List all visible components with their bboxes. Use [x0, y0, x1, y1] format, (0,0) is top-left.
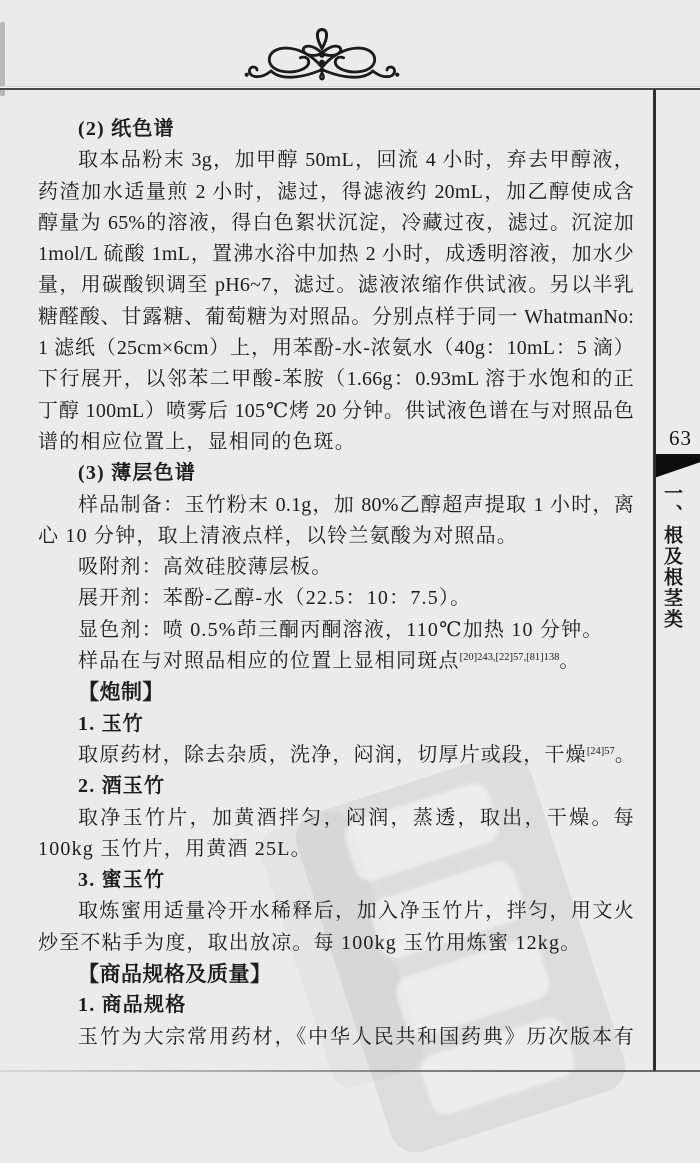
text-run: (2) 纸色谱	[78, 118, 175, 140]
text-line: 显色剂：喷 0.5%茚三酮丙酮溶液，110℃加热 10 分钟。	[38, 615, 634, 646]
scanned-book-page: 63 一、根及根茎类 (2) 纸色谱取本品粉末 3g，加甲醇 50mL，回流 4…	[0, 0, 700, 1163]
text-line: 展开剂：苯酚-乙醇-水（22.5：10：7.5）。	[38, 583, 634, 614]
text-line: 下行展开，以邻苯二甲酸-苯胺（1.66g：0.93mL 溶于水饱和的正	[38, 364, 634, 395]
text-run: 1mol/L 硫酸 1mL，置沸水浴中加热 2 小时，成透明溶液，加水少	[38, 243, 634, 265]
page-number: 63	[661, 426, 700, 451]
text-line: 糖醛酸、甘露糖、葡萄糖为对照品。分别点样于同一 WhatmanNo:	[38, 302, 634, 333]
scan-edge-artifact	[0, 22, 5, 96]
text-line: 取炼蜜用适量冷开水稀释后，加入净玉竹片，拌匀，用文火	[38, 896, 634, 927]
text-run: 吸附剂：高效硅胶薄层板。	[78, 556, 332, 578]
text-run: 3. 蜜玉竹	[78, 869, 165, 891]
text-line: 醇量为 65%的溶液，得白色絮状沉淀，冷藏过夜，滤过。沉淀加	[38, 208, 634, 239]
text-line: 取本品粉末 3g，加甲醇 50mL，回流 4 小时，弃去甲醇液，	[38, 145, 634, 176]
text-run: 1 滤纸（25cm×6cm）上，用苯酚-水-浓氨水（40g：10mL：5 滴）	[38, 337, 634, 359]
text-line: 吸附剂：高效硅胶薄层板。	[38, 552, 634, 583]
chapter-tab-label: 一、根及根茎类	[658, 483, 685, 630]
text-run: 取炼蜜用适量冷开水稀释后，加入净玉竹片，拌匀，用文火	[78, 900, 634, 922]
text-run: 取原药材，除去杂质，洗净，闷润，切厚片或段，干燥	[78, 744, 587, 766]
text-line: 心 10 分钟，取上清液点样，以铃兰氨酸为对照品。	[38, 521, 634, 552]
text-line: 量，用碳酸钡调至 pH6~7，滤过。滤液浓缩作供试液。另以半乳	[38, 270, 634, 301]
text-run: 。	[559, 650, 580, 672]
citation-superscript: [24]57	[587, 746, 615, 757]
text-run: 取净玉竹片，加黄酒拌匀，闷润，蒸透，取出，干燥。每	[78, 807, 634, 829]
text-run: 显色剂：喷 0.5%茚三酮丙酮溶液，110℃加热 10 分钟。	[78, 619, 604, 641]
text-line: 谱的相应位置上，显相同的色斑。	[38, 427, 634, 458]
text-run: 丁醇 100mL）喷雾后 105℃烤 20 分钟。供试液色谱在与对照品色	[38, 400, 634, 422]
text-run: 醇量为 65%的溶液，得白色絮状沉淀，冷藏过夜，滤过。沉淀加	[38, 212, 634, 234]
text-run: 心 10 分钟，取上清液点样，以铃兰氨酸为对照品。	[38, 525, 518, 547]
text-line: 100kg 玉竹片，用黄酒 25L。	[38, 834, 634, 865]
bottom-divider	[0, 1070, 700, 1072]
text-line: 炒至不粘手为度，取出放凉。每 100kg 玉竹用炼蜜 12kg。	[38, 928, 634, 959]
text-line: 3. 蜜玉竹	[38, 865, 634, 896]
text-run: 谱的相应位置上，显相同的色斑。	[38, 431, 356, 453]
text-line: (2) 纸色谱	[38, 114, 634, 145]
text-run: 2. 酒玉竹	[78, 775, 165, 797]
text-line: 玉竹为大宗常用药材，《中华人民共和国药典》历次版本有	[38, 1022, 634, 1053]
text-line: 1. 玉竹	[38, 709, 634, 740]
text-run: 糖醛酸、甘露糖、葡萄糖为对照品。分别点样于同一 WhatmanNo:	[38, 306, 634, 328]
text-run: 样品制备：玉竹粉末 0.1g，加 80%乙醇超声提取 1 小时，离	[78, 494, 634, 516]
text-line: 【商品规格及质量】	[38, 959, 634, 990]
chapter-tab-rule	[654, 454, 700, 457]
text-line: 药渣加水适量煎 2 小时，滤过，得滤液约 20mL，加乙醇使成含	[38, 177, 634, 208]
text-run: 1. 玉竹	[78, 713, 144, 735]
chapter-tab-wedge	[654, 457, 700, 478]
text-line: 【炮制】	[38, 677, 634, 708]
top-divider	[0, 86, 700, 90]
text-run: 【商品规格及质量】	[78, 962, 272, 986]
text-run: 展开剂：苯酚-乙醇-水（22.5：10：7.5）。	[78, 587, 471, 609]
text-run: 1. 商品规格	[78, 994, 186, 1016]
text-run: 下行展开，以邻苯二甲酸-苯胺（1.66g：0.93mL 溶于水饱和的正	[38, 368, 634, 390]
text-run: 玉竹为大宗常用药材，《中华人民共和国药典》历次版本有	[78, 1026, 634, 1048]
citation-superscript: [20]243,[22]57,[81]138	[460, 652, 560, 663]
text-line: 样品制备：玉竹粉末 0.1g，加 80%乙醇超声提取 1 小时，离	[38, 490, 634, 521]
text-line: (3) 薄层色谱	[38, 458, 634, 489]
text-run: (3) 薄层色谱	[78, 462, 196, 484]
text-run: 量，用碳酸钡调至 pH6~7，滤过。滤液浓缩作供试液。另以半乳	[38, 274, 634, 296]
text-line: 1mol/L 硫酸 1mL，置沸水浴中加热 2 小时，成透明溶液，加水少	[38, 239, 634, 270]
text-line: 样品在与对照品相应的位置上显相同斑点[20]243,[22]57,[81]138…	[38, 646, 634, 677]
text-run: 炒至不粘手为度，取出放凉。每 100kg 玉竹用炼蜜 12kg。	[38, 932, 581, 954]
flourish-icon	[242, 22, 402, 86]
text-line: 1. 商品规格	[38, 990, 634, 1021]
text-line: 取原药材，除去杂质，洗净，闷润，切厚片或段，干燥[24]57。	[38, 740, 634, 771]
sidebar-divider	[653, 89, 656, 1071]
text-line: 1 滤纸（25cm×6cm）上，用苯酚-水-浓氨水（40g：10mL：5 滴）	[38, 333, 634, 364]
text-line: 丁醇 100mL）喷雾后 105℃烤 20 分钟。供试液色谱在与对照品色	[38, 396, 634, 427]
text-run: 【炮制】	[78, 680, 164, 704]
text-run: 样品在与对照品相应的位置上显相同斑点	[78, 650, 460, 672]
text-line: 2. 酒玉竹	[38, 771, 634, 802]
text-run: 。	[615, 744, 636, 766]
text-column: (2) 纸色谱取本品粉末 3g，加甲醇 50mL，回流 4 小时，弃去甲醇液，药…	[38, 114, 634, 1053]
text-run: 取本品粉末 3g，加甲醇 50mL，回流 4 小时，弃去甲醇液，	[78, 149, 634, 171]
text-run: 100kg 玉竹片，用黄酒 25L。	[38, 838, 312, 860]
text-line: 取净玉竹片，加黄酒拌匀，闷润，蒸透，取出，干燥。每	[38, 803, 634, 834]
text-run: 药渣加水适量煎 2 小时，滤过，得滤液约 20mL，加乙醇使成含	[38, 181, 634, 203]
